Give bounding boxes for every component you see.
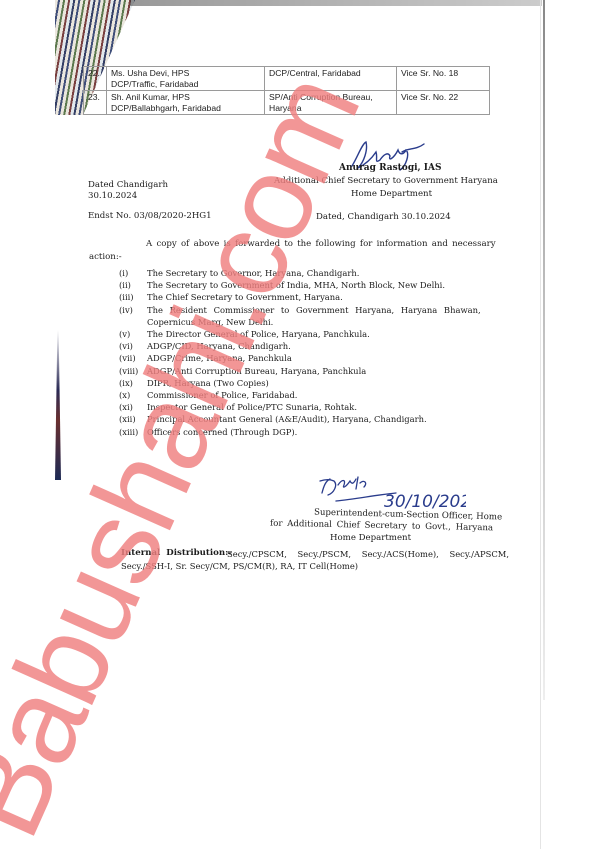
recipient-text: The Secretary to Governor, Haryana, Chan… xyxy=(147,268,359,278)
recipient-text: The Director General of Police, Haryana,… xyxy=(147,329,370,339)
recipient-number: (xii) xyxy=(119,414,136,424)
initials-signature-icon: 30/10/2024 xyxy=(316,471,466,511)
endorsement-date: Dated, Chandigarh 30.10.2024 xyxy=(316,212,451,222)
recipient-number: (xiii) xyxy=(119,427,138,437)
officer-current-post: DCP/Ballabhgarh, Faridabad xyxy=(111,103,260,114)
recipient-text: Principal Accountant General (A&E/Audit)… xyxy=(147,414,427,424)
handwritten-date: 30/10/2024 xyxy=(384,492,466,511)
serial-number: 23. xyxy=(84,91,107,115)
signatory-designation: Additional Chief Secretary to Government… xyxy=(274,176,498,186)
table-row: 22. Ms. Usha Devi, HPS DCP/Traffic, Fari… xyxy=(84,67,490,91)
internal-distribution-line2: Secy./SSH-I, Sr. Secy/CM, PS/CM(R), RA, … xyxy=(121,561,358,571)
recipient-number: (v) xyxy=(119,329,130,339)
recipient-text: Inspector General of Police/PTC Sunaria,… xyxy=(147,402,357,412)
remark-cell: Vice Sr. No. 22 xyxy=(397,91,490,115)
recipient-text: The Secretary to Government of India, MH… xyxy=(147,280,445,290)
background-fabric-edge xyxy=(55,330,61,480)
posting-cell: SP/Anti Corruption Bureau, Haryana xyxy=(265,91,397,115)
internal-distribution-label: Internal Distribution:- xyxy=(121,548,232,558)
second-department: Home Department xyxy=(330,533,411,543)
recipient-number: (vii) xyxy=(119,353,136,363)
signatory-department: Home Department xyxy=(351,189,432,199)
recipient-text: ADGP/Anti Corruption Bureau, Haryana, Pa… xyxy=(147,366,366,376)
recipient-number: (x) xyxy=(119,390,130,400)
table-row: 23. Sh. Anil Kumar, HPS DCP/Ballabhgarh,… xyxy=(84,91,490,115)
recipient-number: (xi) xyxy=(119,402,133,412)
dated-label: Dated Chandigarh xyxy=(88,180,168,190)
recipient-text: ADGP/CID, Haryana, Chandigarh. xyxy=(147,341,291,351)
signatory-name: Anurag Rastogi, IAS xyxy=(339,163,442,173)
new-posting: SP/Anti Corruption Bureau, xyxy=(269,92,392,103)
recipient-number: (vi) xyxy=(119,341,133,351)
recipient-text-cont: Copernicus Marg, New Delhi. xyxy=(147,317,273,327)
recipient-number: (ii) xyxy=(119,280,131,290)
serial-number: 22. xyxy=(84,67,107,91)
remark-cell: Vice Sr. No. 18 xyxy=(397,67,490,91)
recipient-text: Officers concerned (Through DGP). xyxy=(147,427,297,437)
new-posting: DCP/Central, Faridabad xyxy=(269,68,392,79)
posting-table: 22. Ms. Usha Devi, HPS DCP/Traffic, Fari… xyxy=(83,66,490,115)
posting-cell: DCP/Central, Faridabad xyxy=(265,67,397,91)
recipient-text: Commissioner of Police, Faridabad. xyxy=(147,390,297,400)
forwarding-intro: A copy of above is forwarded to the foll… xyxy=(146,239,496,249)
recipient-text: The Resident Commissioner to Government … xyxy=(147,305,481,315)
new-posting-cont: Haryana xyxy=(269,103,392,114)
page-edge-top xyxy=(130,0,542,6)
recipient-number: (ix) xyxy=(119,378,133,388)
officer-cell: Sh. Anil Kumar, HPS DCP/Ballabhgarh, Far… xyxy=(107,91,265,115)
recipient-number: (iii) xyxy=(119,292,134,302)
dated-value: 30.10.2024 xyxy=(88,191,137,201)
page-shadow-right xyxy=(543,0,545,700)
officer-name: Ms. Usha Devi, HPS xyxy=(111,68,260,79)
recipient-number: (i) xyxy=(119,268,128,278)
recipient-number: (viii) xyxy=(119,366,138,376)
internal-distribution-line1: Secy./CPSCM, Secy./PSCM, Secy./ACS(Home)… xyxy=(227,549,509,559)
recipient-number: (iv) xyxy=(119,305,133,315)
forwarding-intro-cont: action:- xyxy=(89,252,122,262)
recipient-text: The Chief Secretary to Government, Harya… xyxy=(147,292,343,302)
officer-current-post: DCP/Traffic, Faridabad xyxy=(111,79,260,90)
officer-cell: Ms. Usha Devi, HPS DCP/Traffic, Faridaba… xyxy=(107,67,265,91)
endorsement-number: Endst No. 03/08/2020-2HG1 xyxy=(88,211,212,221)
recipient-text: ADGP/Crime, Haryana, Panchkula xyxy=(147,353,292,363)
recipient-text: DIPR, Haryana (Two Copies) xyxy=(147,378,269,388)
officer-name: Sh. Anil Kumar, HPS xyxy=(111,92,260,103)
page-edge-right xyxy=(540,0,541,849)
